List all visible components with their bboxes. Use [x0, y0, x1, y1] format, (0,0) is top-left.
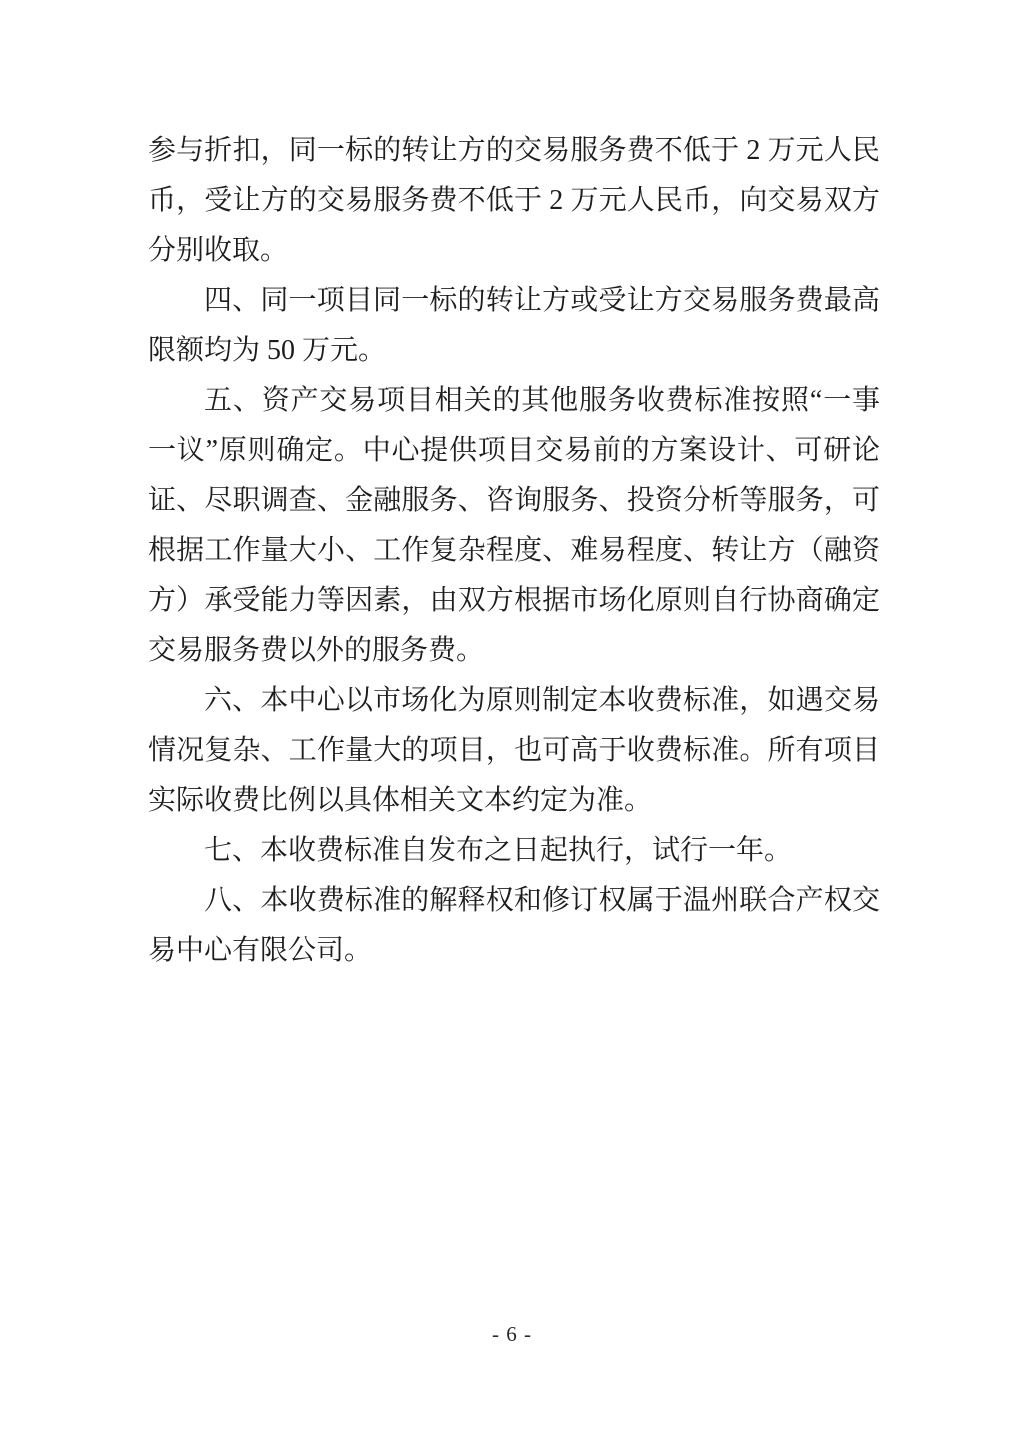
page-number: - 6 - [0, 1320, 1024, 1348]
paragraph: 五、资产交易项目相关的其他服务收费标准按照“一事一议”原则确定。中心提供项目交易… [148, 376, 880, 676]
paragraph: 八、本收费标准的解释权和修订权属于温州联合产权交易中心有限公司。 [148, 876, 880, 976]
paragraph: 六、本中心以市场化为原则制定本收费标准，如遇交易情况复杂、工作量大的项目，也可高… [148, 676, 880, 826]
paragraph: 四、同一项目同一标的转让方或受让方交易服务费最高限额均为 50 万元。 [148, 276, 880, 376]
document-page: 参与折扣，同一标的转让方的交易服务费不低于 2 万元人民币，受让方的交易服务费不… [0, 0, 1024, 1447]
paragraph: 参与折扣，同一标的转让方的交易服务费不低于 2 万元人民币，受让方的交易服务费不… [148, 126, 880, 276]
paragraph: 七、本收费标准自发布之日起执行，试行一年。 [148, 826, 880, 876]
document-body: 参与折扣，同一标的转让方的交易服务费不低于 2 万元人民币，受让方的交易服务费不… [148, 126, 880, 976]
